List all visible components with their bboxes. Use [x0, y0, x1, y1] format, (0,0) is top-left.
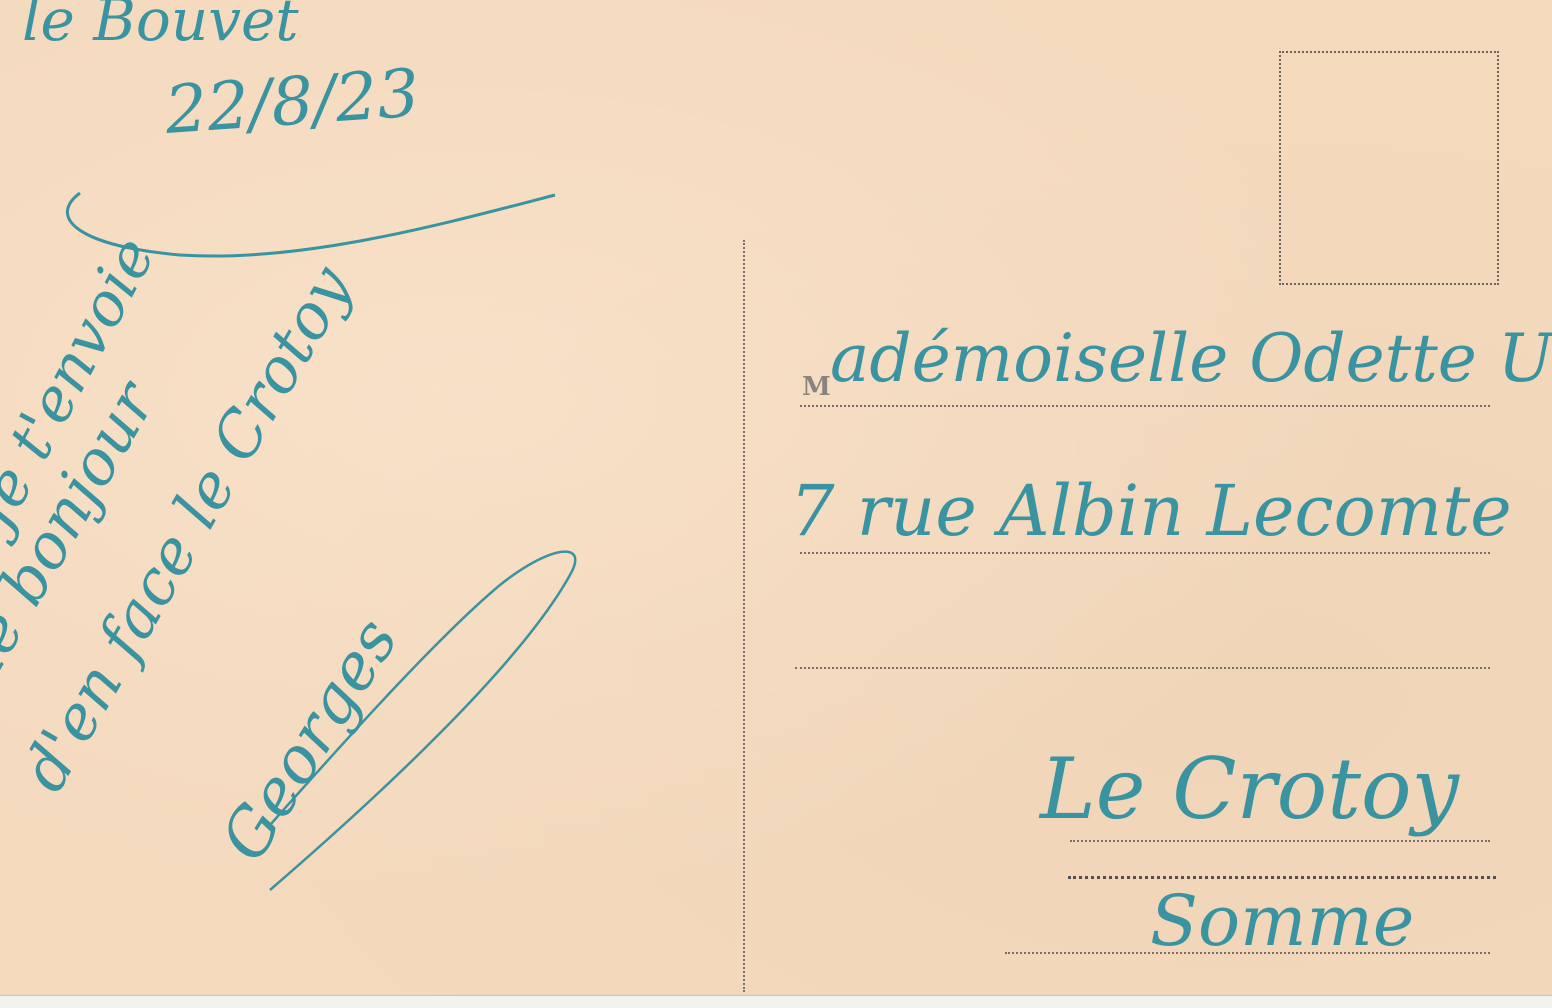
stamp-placeholder-box — [1279, 51, 1499, 285]
signature-flourish — [260, 545, 590, 895]
message-date: 22/8/23 — [163, 54, 422, 149]
postcard-back: le Bouvet 22/8/23 Je t'envoie le bonjour… — [0, 0, 1552, 996]
address-street: 7 rue Albin Lecomte — [790, 470, 1512, 552]
address-city: Le Crotoy — [1040, 740, 1459, 838]
address-region: Somme — [1150, 880, 1414, 962]
address-line-4 — [1070, 840, 1490, 842]
message-place: le Bouvet — [22, 0, 299, 54]
address-line-3 — [795, 667, 1490, 669]
address-line-5 — [1068, 876, 1496, 879]
address-line-1 — [800, 405, 1490, 407]
address-recipient: adémoiselle Odette Ubl… — [830, 320, 1552, 397]
address-line-2 — [800, 552, 1490, 554]
printed-m-prefix: M — [802, 372, 832, 402]
center-divider — [743, 240, 745, 992]
